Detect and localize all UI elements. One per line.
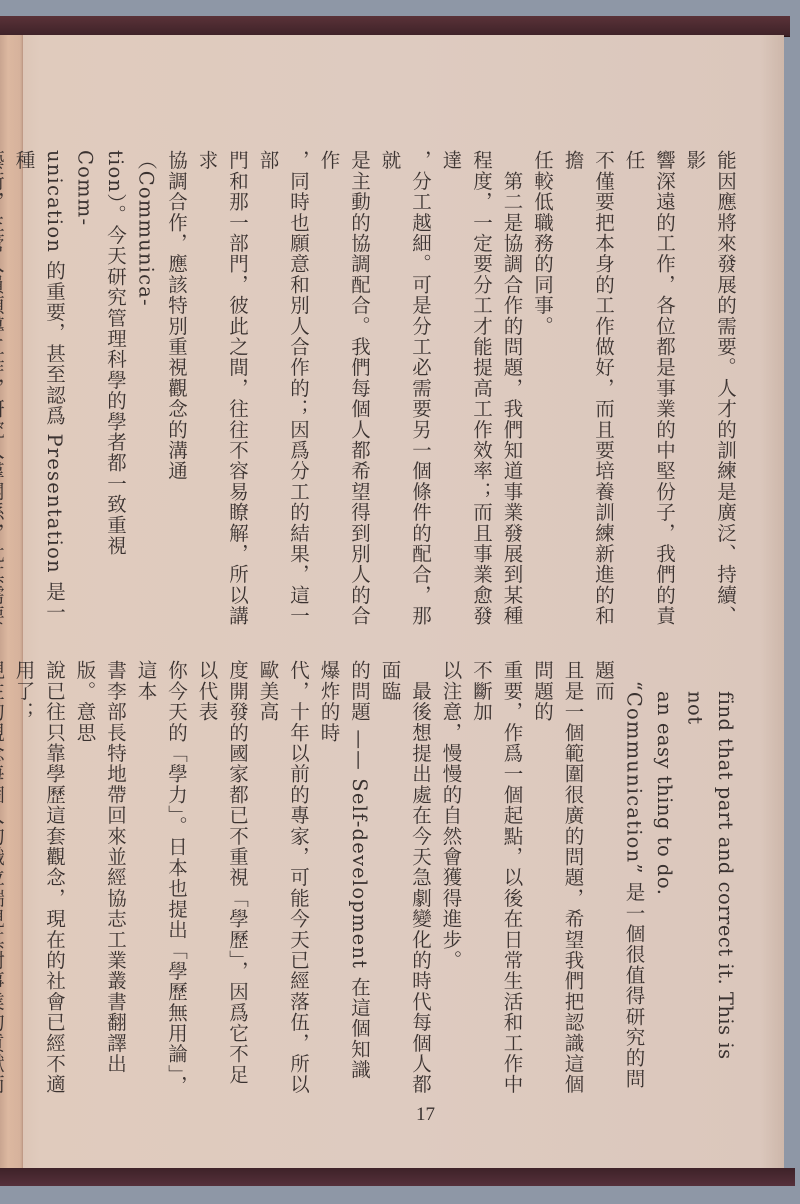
text-line: 重要，作爲一個起點，以後在日常生活和工作中不斷加 (466, 660, 527, 1100)
text-line: ，同時也願意和別人合作的；因爲分工的結果，這一部 (252, 150, 313, 630)
text-line: 是主動的協調配合。我們每個人都希望得到別人的合作 (313, 150, 374, 630)
text-line: 度開發的國家都已不重視「學歷」，因爲它不足以代表 (191, 660, 252, 1100)
text-line: 現在的觀念每個人的職位端視其對事業的貢獻而定。所 (0, 660, 8, 1100)
text-line: 說已往只靠學歷這套觀念，現在的社會已經不適用了； (8, 660, 69, 1100)
text-line: 藝術，主管人員領導工作，研究人羣關係，尤其需要注 (0, 150, 8, 630)
text-line: 能因應將來發展的需要。人才的訓練是廣泛、持續、影 (679, 150, 740, 630)
text-line: 任較低職務的同事。 (527, 150, 558, 630)
book-cover-bottom-edge (0, 1168, 795, 1186)
text-line: an easy thing to do. (649, 660, 680, 1100)
text-line: tion）。今天研究管理科學的學者都一致重視 Comm- (69, 150, 130, 630)
lower-text-block: find that part and correct it. This is n… (100, 660, 740, 1100)
page-number: 17 (416, 1104, 435, 1126)
text-line: 以注意，慢慢的自然會獲得進步。 (435, 660, 466, 1100)
text-line: 協調合作，應該特別重視觀念的溝通（Communica- (130, 150, 191, 630)
text-line: 的問題 —— Self-development 在這個知識爆炸的時 (313, 660, 374, 1100)
text-line: 你今天的「學力」。日本也提出「學歷無用論」，這本 (130, 660, 191, 1100)
text-line: 代，十年以前的專家，可能今天已經落伍，所以歐美高 (252, 660, 313, 1100)
text-line: unication 的重要，甚至認爲 Presentation 是一種 (8, 150, 69, 630)
book-cover-top-edge (0, 16, 790, 37)
text-line: find that part and correct it. This is n… (679, 660, 740, 1100)
text-line: 不僅要把本身的工作做好，而且要培養訓練新進的和擔 (557, 150, 618, 630)
text-line: “Communication” 是一個很值得研究的問題而 (588, 660, 649, 1100)
text-line: 書李部長特地帶回來並經協志工業叢書翻譯出版。意思 (69, 660, 130, 1100)
text-line: 且是一個範圍很廣的問題，希望我們把認識這個問題的 (527, 660, 588, 1100)
text-line: 第二是協調合作的問題，我們知道事業發展到某種 (496, 150, 527, 630)
text-line: 門和那一部門，彼此之間，往往不容易瞭解，所以講求 (191, 150, 252, 630)
upper-text-block: 能因應將來發展的需要。人才的訓練是廣泛、持續、影 響深遠的工作，各位都是事業的中… (100, 150, 740, 630)
text-line: ，分工越細。可是分工必需要另一個條件的配合，那就 (374, 150, 435, 630)
text-line: 程度，一定要分工才能提高工作效率；而且事業愈發達 (435, 150, 496, 630)
text-line: 最後想提出處在今天急劇變化的時代每個人都面臨 (374, 660, 435, 1100)
text-line: 響深遠的工作，各位都是事業的中堅份子，我們的責任 (618, 150, 679, 630)
